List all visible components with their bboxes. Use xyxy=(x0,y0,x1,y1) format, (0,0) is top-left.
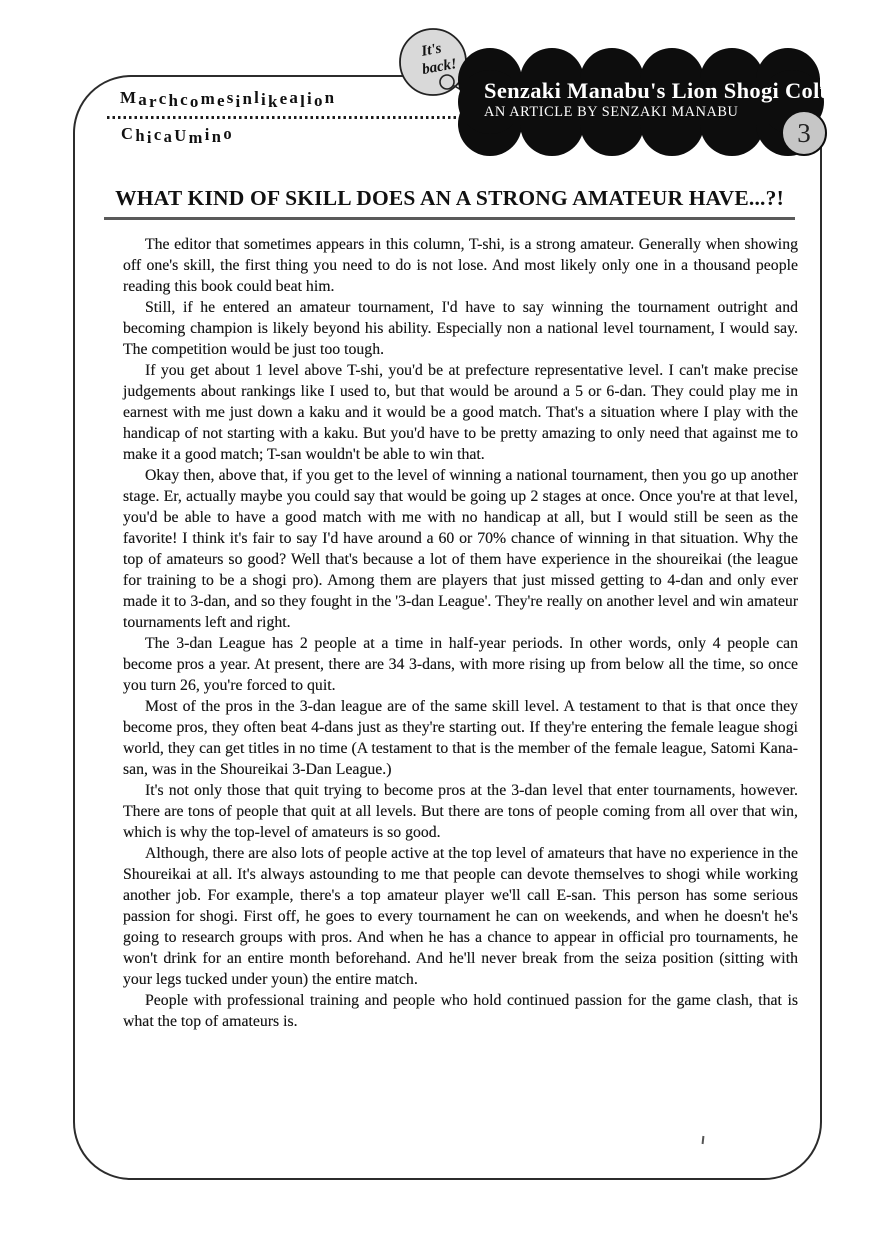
paragraph: If you get about 1 level above T-shi, yo… xyxy=(123,360,798,465)
heading-underline xyxy=(104,217,795,220)
paragraph: People with professional training and pe… xyxy=(123,990,798,1032)
page-number-badge: 3 xyxy=(781,110,827,156)
paragraph: Still, if he entered an amateur tourname… xyxy=(123,297,798,360)
column-byline: AN ARTICLE BY SENZAKI MANABU xyxy=(484,104,824,120)
paragraph: The 3-dan League has 2 people at a time … xyxy=(123,633,798,696)
author-name: Chica Umino xyxy=(121,126,234,146)
dotted-divider xyxy=(107,116,458,119)
page-number: 3 xyxy=(797,118,811,149)
column-banner: Senzaki Manabu's Lion Shogi Column AN AR… xyxy=(440,30,840,172)
article-heading: WHAT KIND OF SKILL DOES AN A STRONG AMAT… xyxy=(104,186,795,211)
paragraph: The editor that sometimes appears in thi… xyxy=(123,234,798,297)
article-body: The editor that sometimes appears in thi… xyxy=(123,234,798,1032)
paragraph: Most of the pros in the 3-dan league are… xyxy=(123,696,798,780)
series-title: March comes in like a lion xyxy=(120,90,336,110)
paragraph: It's not only those that quit trying to … xyxy=(123,780,798,843)
paragraph: Although, there are also lots of people … xyxy=(123,843,798,990)
paragraph: Okay then, above that, if you get to the… xyxy=(123,465,798,633)
column-banner-text: Senzaki Manabu's Lion Shogi Column AN AR… xyxy=(484,78,824,120)
column-title: Senzaki Manabu's Lion Shogi Column xyxy=(484,78,824,104)
